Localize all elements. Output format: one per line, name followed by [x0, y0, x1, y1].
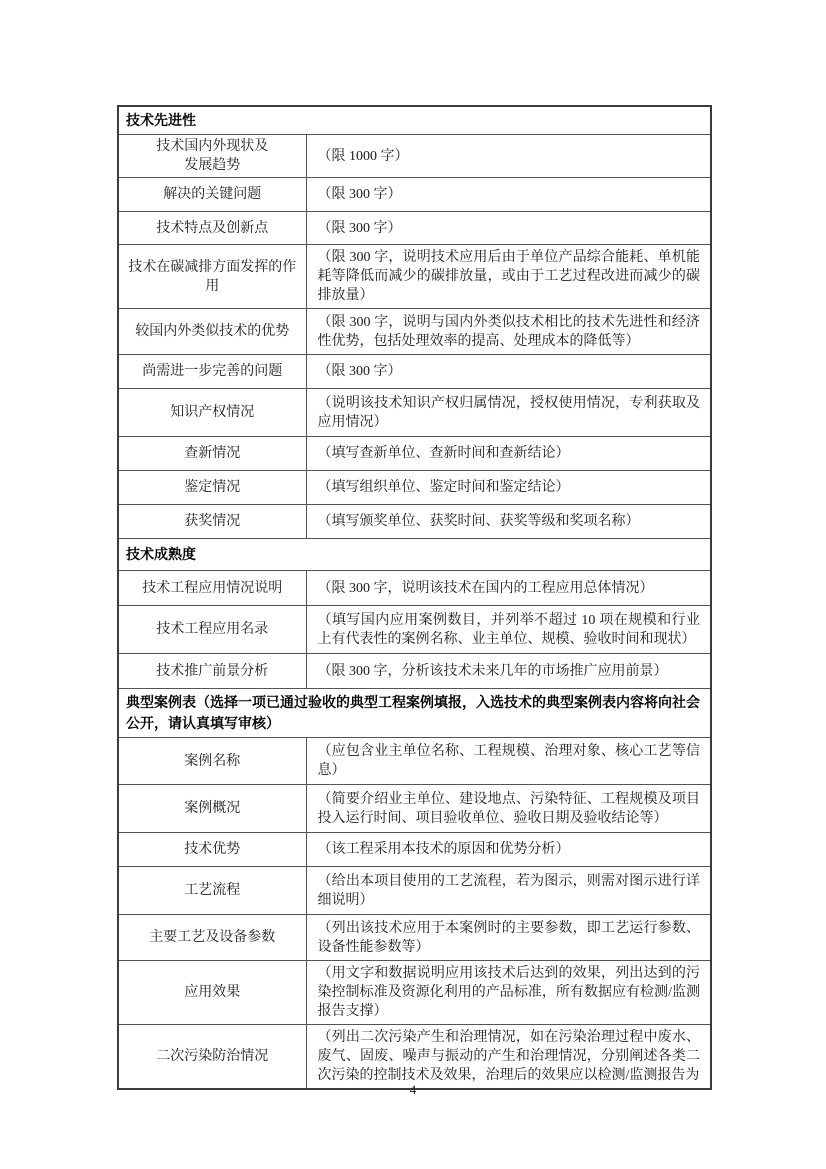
table-row: 技术工程应用名录 （填写国内应用案例数目，并列举不超过 10 项在规模和行业上有…: [118, 606, 711, 654]
table-row: 技术国内外现状及 发展趋势 （限 1000 字）: [118, 135, 711, 178]
field-label: 知识产权情况: [118, 389, 306, 437]
field-label: 尚需进一步完善的问题: [118, 355, 306, 389]
field-label: 技术工程应用情况说明: [118, 571, 306, 606]
table-row: 技术特点及创新点 （限 300 字）: [118, 212, 711, 245]
table-row: 较国内外类似技术的优势 （限 300 字，说明与国内外类似技术相比的技术先进性和…: [118, 309, 711, 355]
field-label: 案例概况: [118, 785, 306, 833]
field-description: （限 300 字）: [306, 355, 711, 389]
field-description: （应包含业主单位名称、工程规模、治理对象、核心工艺等信息）: [306, 738, 711, 785]
table-row: 主要工艺及设备参数 （列出该技术应用于本案例时的主要参数，即工艺运行参数、设备性…: [118, 915, 711, 961]
table-row: 工艺流程 （给出本项目使用的工艺流程，若为图示，则需对图示进行详细说明）: [118, 867, 711, 915]
field-label: 技术工程应用名录: [118, 606, 306, 654]
section-header: 技术先进性: [118, 106, 711, 135]
table-row: 获奖情况 （填写颁奖单位、获奖时间、获奖等级和奖项名称）: [118, 505, 711, 539]
table-row: 典型案例表（选择一项已通过验收的典型工程案例填报，入选技术的典型案例表内容将向社…: [118, 689, 711, 738]
table-row: 技术在碳减排方面发挥的作用 （限 300 字，说明技术应用后由于单位产品综合能耗…: [118, 245, 711, 309]
table-row: 知识产权情况 （说明该技术知识产权归属情况，授权使用情况，专利获取及应用情况）: [118, 389, 711, 437]
field-description: （该工程采用本技术的原因和优势分析）: [306, 833, 711, 867]
field-label: 应用效果: [118, 961, 306, 1025]
table-row: 查新情况 （填写查新单位、查新时间和查新结论）: [118, 437, 711, 471]
page-number: 4: [0, 1082, 826, 1098]
field-description: （限 300 字，分析该技术未来几年的市场推广应用前景）: [306, 654, 711, 689]
field-description: （列出二次污染产生和治理情况，如在污染治理过程中废水、废气、固废、噪声与振动的产…: [306, 1025, 711, 1090]
table-row: 技术工程应用情况说明 （限 300 字，说明该技术在国内的工程应用总体情况）: [118, 571, 711, 606]
field-label: 解决的关键问题: [118, 178, 306, 212]
field-description: （填写组织单位、鉴定时间和鉴定结论）: [306, 471, 711, 505]
field-label: 工艺流程: [118, 867, 306, 915]
field-label: 技术特点及创新点: [118, 212, 306, 245]
field-description: （列出该技术应用于本案例时的主要参数，即工艺运行参数、设备性能参数等）: [306, 915, 711, 961]
field-description: （给出本项目使用的工艺流程，若为图示，则需对图示进行详细说明）: [306, 867, 711, 915]
field-label: 鉴定情况: [118, 471, 306, 505]
field-description: （简要介绍业主单位、建设地点、污染特征、工程规模及项目投入运行时间、项目验收单位…: [306, 785, 711, 833]
field-description: （限 1000 字）: [306, 135, 711, 178]
field-description: （说明该技术知识产权归属情况，授权使用情况，专利获取及应用情况）: [306, 389, 711, 437]
field-description: （填写查新单位、查新时间和查新结论）: [306, 437, 711, 471]
field-label: 技术在碳减排方面发挥的作用: [118, 245, 306, 309]
field-label: 技术推广前景分析: [118, 654, 306, 689]
section-header: 典型案例表（选择一项已通过验收的典型工程案例填报，入选技术的典型案例表内容将向社…: [118, 689, 711, 738]
table-row: 二次污染防治情况 （列出二次污染产生和治理情况，如在污染治理过程中废水、废气、固…: [118, 1025, 711, 1090]
technology-application-form-table: 技术先进性 技术国内外现状及 发展趋势 （限 1000 字） 解决的关键问题 （…: [117, 105, 712, 1090]
field-label: 技术优势: [118, 833, 306, 867]
field-description: （限 300 字，说明该技术在国内的工程应用总体情况）: [306, 571, 711, 606]
field-description: （限 300 字）: [306, 178, 711, 212]
table-row: 技术先进性: [118, 106, 711, 135]
field-label: 获奖情况: [118, 505, 306, 539]
field-description: （用文字和数据说明应用该技术后达到的效果，列出达到的污染控制标准及资源化利用的产…: [306, 961, 711, 1025]
field-description: （限 300 字，说明与国内外类似技术相比的技术先进性和经济性优势，包括处理效率…: [306, 309, 711, 355]
table-row: 技术成熟度: [118, 539, 711, 571]
table-row: 技术推广前景分析 （限 300 字，分析该技术未来几年的市场推广应用前景）: [118, 654, 711, 689]
field-label: 较国内外类似技术的优势: [118, 309, 306, 355]
table-row: 技术优势 （该工程采用本技术的原因和优势分析）: [118, 833, 711, 867]
field-description: （限 300 字）: [306, 212, 711, 245]
field-label: 查新情况: [118, 437, 306, 471]
field-label: 二次污染防治情况: [118, 1025, 306, 1090]
section-header: 技术成熟度: [118, 539, 711, 571]
field-label: 技术国内外现状及 发展趋势: [118, 135, 306, 178]
table-row: 尚需进一步完善的问题 （限 300 字）: [118, 355, 711, 389]
field-label: 案例名称: [118, 738, 306, 785]
table-row: 案例概况 （简要介绍业主单位、建设地点、污染特征、工程规模及项目投入运行时间、项…: [118, 785, 711, 833]
table-row: 案例名称 （应包含业主单位名称、工程规模、治理对象、核心工艺等信息）: [118, 738, 711, 785]
field-label: 主要工艺及设备参数: [118, 915, 306, 961]
table-row: 解决的关键问题 （限 300 字）: [118, 178, 711, 212]
table-row: 应用效果 （用文字和数据说明应用该技术后达到的效果，列出达到的污染控制标准及资源…: [118, 961, 711, 1025]
field-description: （填写国内应用案例数目，并列举不超过 10 项在规模和行业上有代表性的案例名称、…: [306, 606, 711, 654]
table-row: 鉴定情况 （填写组织单位、鉴定时间和鉴定结论）: [118, 471, 711, 505]
field-description: （填写颁奖单位、获奖时间、获奖等级和奖项名称）: [306, 505, 711, 539]
document-page: 技术先进性 技术国内外现状及 发展趋势 （限 1000 字） 解决的关键问题 （…: [0, 0, 826, 1169]
field-description: （限 300 字，说明技术应用后由于单位产品综合能耗、单机能耗等降低而减少的碳排…: [306, 245, 711, 309]
